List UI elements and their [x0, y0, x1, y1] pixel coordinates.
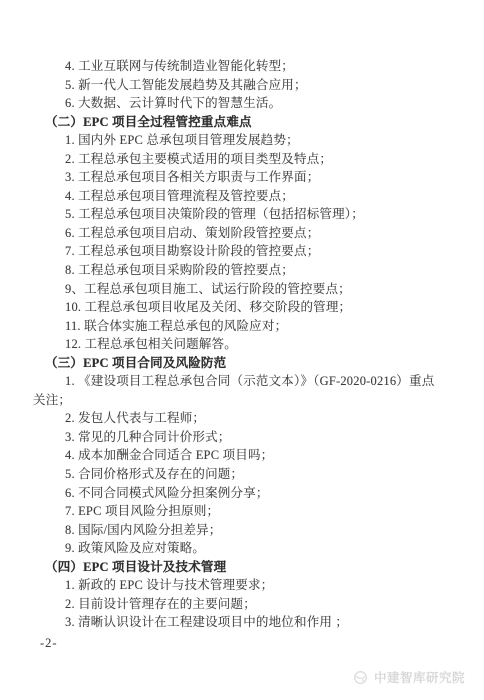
document-line: 4. 成本加酬金合同适合 EPC 项目吗；	[65, 446, 460, 465]
brand-logo-icon	[353, 670, 368, 685]
document-line: 11. 联合体实施工程总承包的风险应对；	[65, 317, 460, 336]
document-line: 2. 工程总承包主要模式适用的项目类型及特点；	[65, 150, 460, 169]
document-line: 3. 清晰认识设计在工程建设项目中的地位和作用 ；	[65, 613, 460, 632]
document-line: 3. 工程总承包项目各相关方职责与工作界面；	[65, 168, 460, 187]
document-line: 7. 工程总承包项目勘察设计阶段的管控要点；	[65, 242, 460, 261]
document-line: 7. EPC 项目风险分担原则；	[65, 502, 460, 521]
section-heading: （二）EPC 项目全过程管控重点难点	[45, 113, 460, 132]
watermark-text: 中建智库研究院	[374, 668, 465, 686]
document-line: 12. 工程总承包相关问题解答。	[65, 335, 460, 354]
document-line: 2. 目前设计管理存在的主要问题；	[65, 595, 460, 614]
document-line: 2. 发包人代表与工程师；	[65, 409, 460, 428]
document-line: 6. 工程总承包项目启动、策划阶段管控要点；	[65, 224, 460, 243]
document-line: 10. 工程总承包项目收尾及关闭、移交阶段的管理；	[65, 298, 460, 317]
document-line: 3. 常见的几种合同计价形式；	[65, 428, 460, 447]
document-page: 4. 工业互联网与传统制造业智能化转型；5. 新一代人工智能发展趋势及其融合应用…	[0, 0, 484, 700]
section-heading: （四）EPC 项目设计及技术管理	[45, 558, 460, 577]
document-line: 1. 新政的 EPC 设计与技术管理要求；	[65, 576, 460, 595]
document-line: 8. 国际/国内风险分担差异；	[65, 521, 460, 540]
watermark: 中建智库研究院	[353, 668, 465, 686]
document-line: 4. 工业互联网与传统制造业智能化转型；	[65, 57, 460, 76]
document-line: 6. 大数据、云计算时代下的智慧生活。	[65, 94, 460, 113]
document-line: 关注；	[33, 391, 460, 410]
document-line: 9. 政策风险及应对策略。	[65, 539, 460, 558]
document-line: 5. 合同价格形式及存在的问题；	[65, 465, 460, 484]
document-line: 4. 工程总承包项目管理流程及管控要点；	[65, 187, 460, 206]
document-line: 5. 工程总承包项目决策阶段的管理（包括招标管理）；	[65, 205, 460, 224]
document-line: 1. 《建设项目工程总承包合同（示范文本）》（GF-2020-0216）重点	[65, 372, 460, 391]
document-body: 4. 工业互联网与传统制造业智能化转型；5. 新一代人工智能发展趋势及其融合应用…	[33, 57, 460, 632]
document-line: 6. 不同合同模式风险分担案例分享；	[65, 484, 460, 503]
page-number: -2-	[40, 636, 58, 651]
document-line: 8. 工程总承包项目采购阶段的管控要点；	[65, 261, 460, 280]
section-heading: （三）EPC 项目合同及风险防范	[45, 354, 460, 373]
document-line: 9、工程总承包项目施工、试运行阶段的管控要点；	[65, 280, 460, 299]
document-line: 1. 国内外 EPC 总承包项目管理发展趋势；	[65, 131, 460, 150]
document-line: 5. 新一代人工智能发展趋势及其融合应用；	[65, 76, 460, 95]
